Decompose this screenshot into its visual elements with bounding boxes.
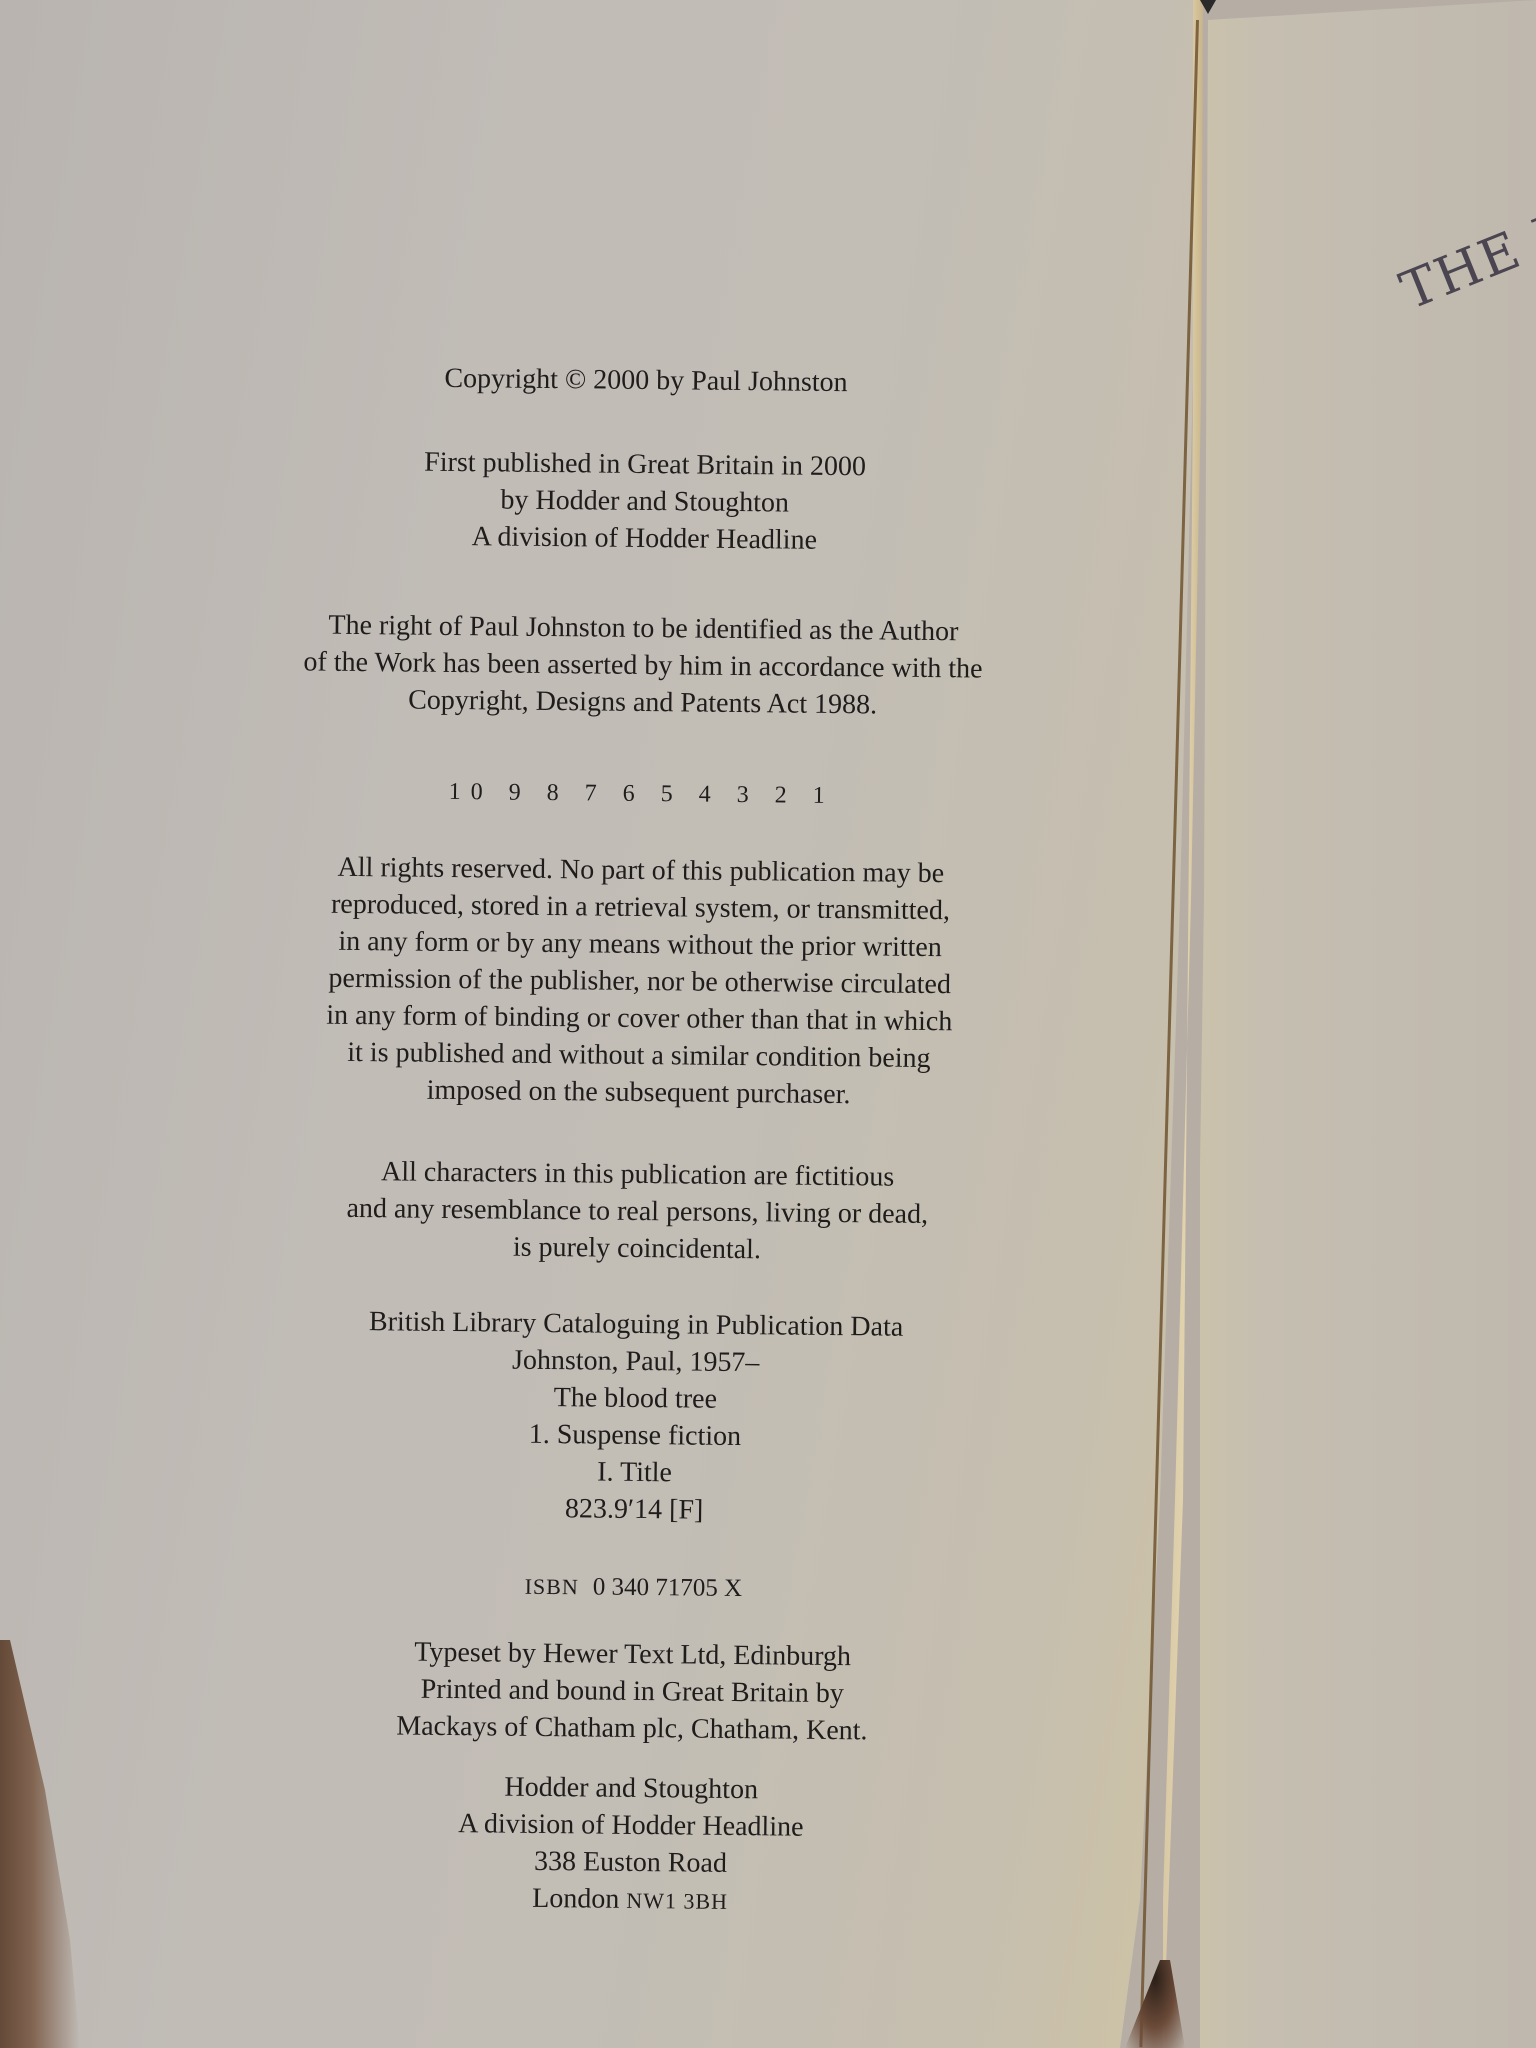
first-published-block: First published in Great Britain in 2000… (194, 441, 1095, 561)
isbn-value: 0 340 71705 X (593, 1573, 743, 1602)
right-page (1200, 0, 1536, 2048)
production-block: Typeset by Hewer Text Ltd, Edinburgh Pri… (182, 1631, 1083, 1751)
isbn-label: ISBN (525, 1574, 579, 1600)
cataloguing-block: British Library Cataloguing in Publicati… (184, 1301, 1086, 1532)
publisher-address-block: Hodder and Stoughton A division of Hodde… (180, 1765, 1082, 1923)
fiction-disclaimer-block: All characters in this publication are f… (187, 1151, 1088, 1271)
publisher-postcode: NW1 3BH (626, 1888, 728, 1914)
publisher-city: London (532, 1883, 619, 1915)
corner-mark (1200, 0, 1216, 14)
rights-reserved-block: All rights reserved. No part of this pub… (188, 847, 1091, 1115)
moral-rights-block: The right of Paul Johnston to be identif… (192, 605, 1093, 725)
gutter-gap (1125, 1960, 1185, 2048)
